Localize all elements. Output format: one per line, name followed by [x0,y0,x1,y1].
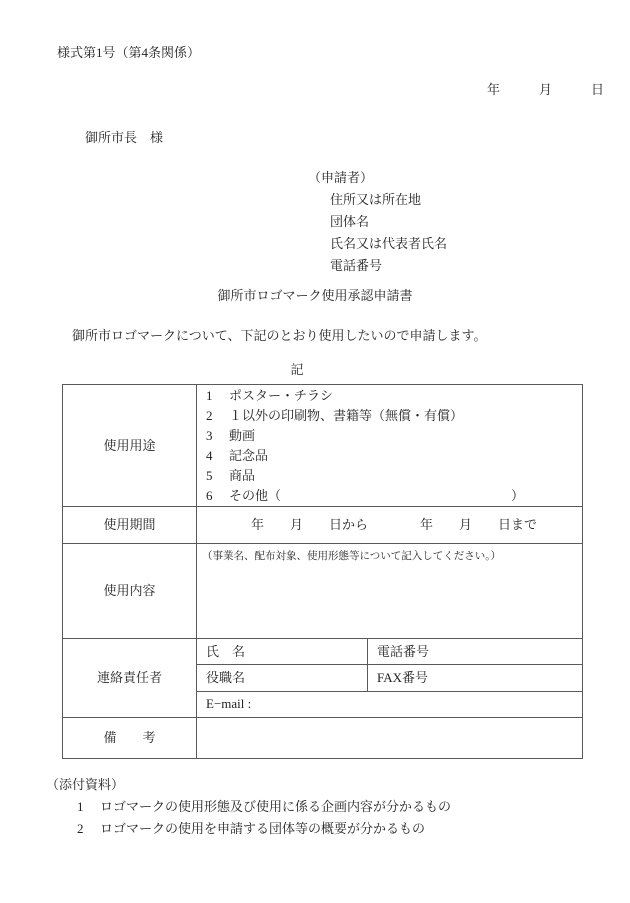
attachment-item-1: 1ロゴマークの使用形態及び使用に係る企画内容が分かるもの [77,799,451,815]
applicant-phone-label: 電話番号 [330,258,447,280]
intro-sentence: 御所市ロゴマークについて、下記のとおり使用したいので申請します。 [72,328,486,344]
contact-email-row: E−mail : [197,691,582,717]
usage-option-1: 1ポスター・チラシ [197,386,582,406]
applicant-organization-label: 団体名 [330,214,447,236]
application-form-page: 様式第1号（第4条関係） 年 月 日 御所市長 様 （申請者） 住所又は所在地 … [0,0,630,903]
applicant-heading: （申請者） [308,170,373,186]
addressee: 御所市長 様 [85,130,163,146]
other-blank-space [281,486,511,506]
usage-option-5: 5商品 [197,466,582,486]
usage-purpose-row: 使用用途 1ポスター・チラシ 2１以外の印刷物、書籍等（無償・有償） 3動画 4… [63,385,582,506]
applicant-fields: 住所又は所在地 団体名 氏名又は代表者氏名 電話番号 [330,192,447,280]
usage-option-3: 3動画 [197,426,582,446]
usage-option-4: 4記念品 [197,446,582,466]
usage-option-2: 2１以外の印刷物、書籍等（無償・有償） [197,406,582,426]
contact-person-row: 連絡責任者 氏 名 電話番号 役職名 FAX番号 E−mail : [63,638,582,717]
contact-name-phone-row: 氏 名 電話番号 [197,639,582,664]
contact-position-fax-row: 役職名 FAX番号 [197,664,582,690]
usage-period-label: 使用期間 [63,507,197,543]
document-title: 御所市ロゴマーク使用承認申請書 [0,288,630,304]
contact-name-label: 氏 名 [197,639,368,664]
contact-fax-label: FAX番号 [368,665,582,690]
attachment-item-2: 2ロゴマークの使用を申請する団体等の概要が分かるもの [77,821,425,837]
attachments-heading: （添付資料） [46,777,124,793]
remarks-blank-area [197,718,582,758]
applicant-name-label: 氏名又は代表者氏名 [330,236,447,258]
usage-details-hint: （事業名、配布対象、使用形態等について記入してください。） [197,544,582,638]
contact-phone-label: 電話番号 [368,639,582,664]
form-number: 様式第1号（第4条関係） [57,45,200,61]
record-mark: 記 [0,362,594,378]
usage-purpose-options: 1ポスター・チラシ 2１以外の印刷物、書籍等（無償・有償） 3動画 4記念品 5… [197,385,582,506]
applicant-address-label: 住所又は所在地 [330,192,447,214]
contact-email-label: E−mail : [197,692,582,717]
usage-period-value: 年 月 日から 年 月 日まで [197,507,582,543]
date-line: 年 月 日 [487,82,604,98]
contact-grid: 氏 名 電話番号 役職名 FAX番号 E−mail : [197,639,582,717]
application-table: 使用用途 1ポスター・チラシ 2１以外の印刷物、書籍等（無償・有償） 3動画 4… [62,384,583,759]
remarks-label: 備 考 [63,718,197,758]
usage-purpose-label: 使用用途 [63,385,197,506]
usage-details-row: 使用内容 （事業名、配布対象、使用形態等について記入してください。） [63,543,582,638]
usage-option-6: 6その他（） [197,486,582,506]
usage-details-label: 使用内容 [63,544,197,638]
contact-person-label: 連絡責任者 [63,639,197,717]
contact-position-label: 役職名 [197,665,368,690]
remarks-row: 備 考 [63,717,582,758]
usage-period-row: 使用期間 年 月 日から 年 月 日まで [63,506,582,543]
